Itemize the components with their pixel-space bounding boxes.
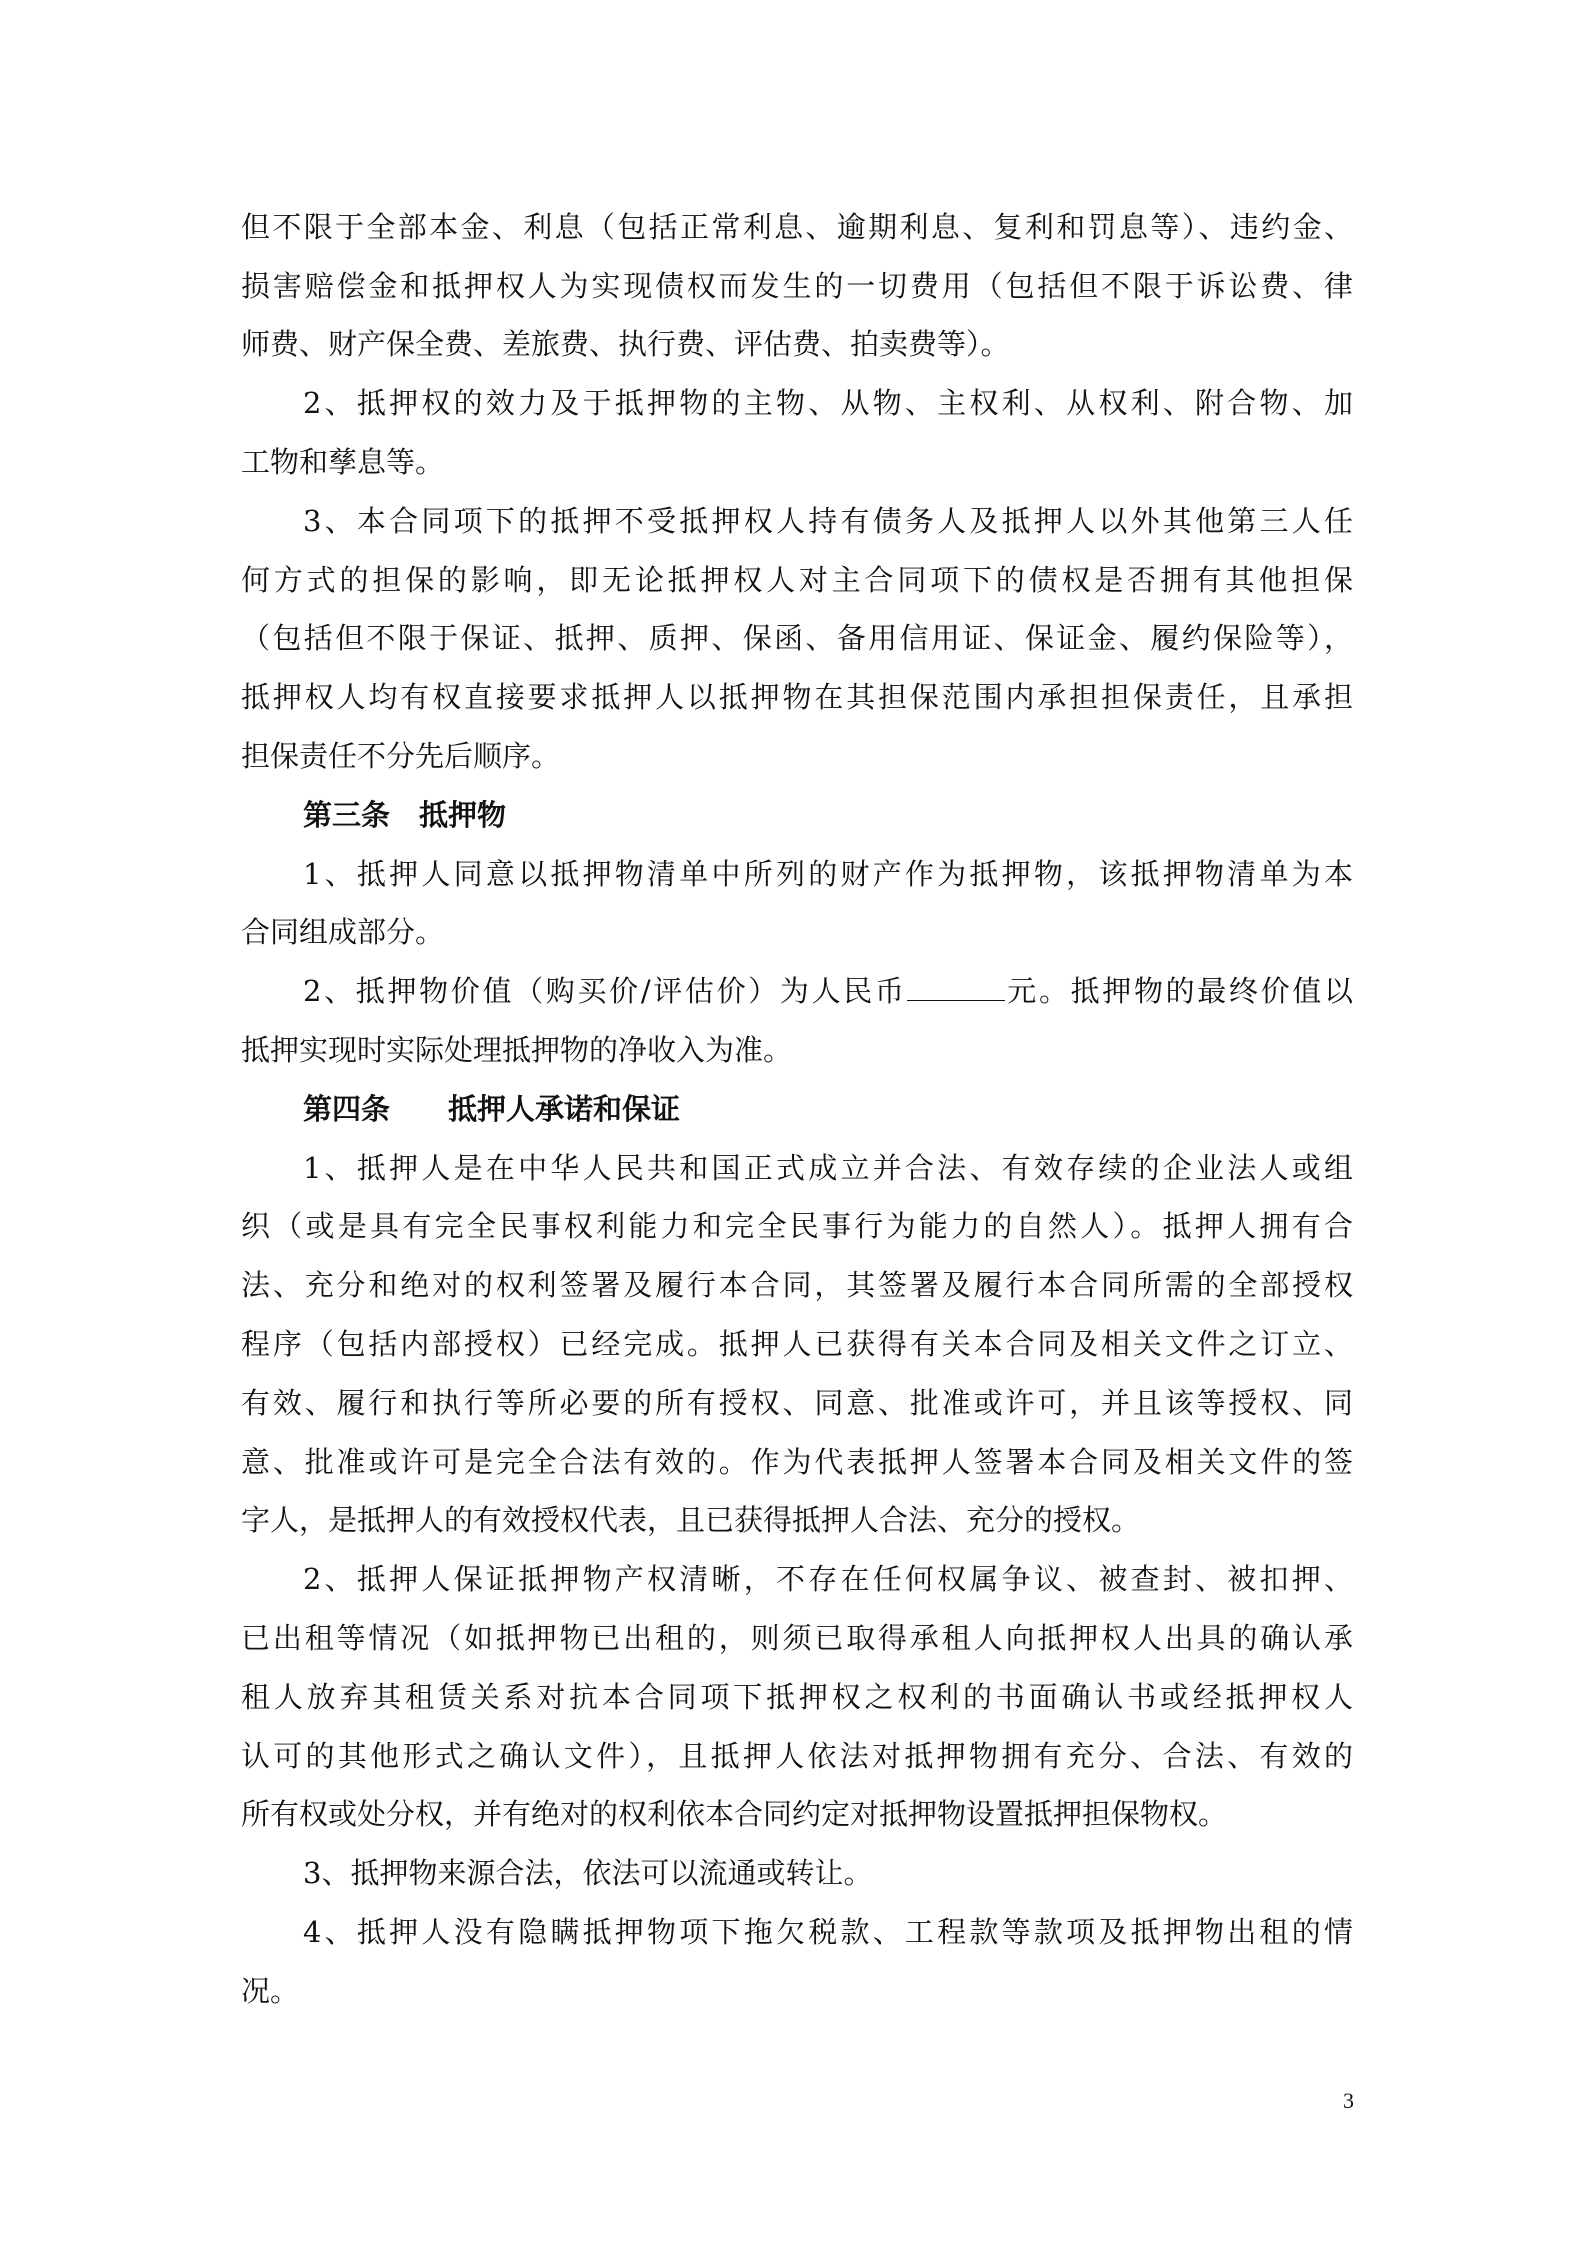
article-3-heading: 第三条 抵押物	[303, 795, 1353, 835]
text-line: 担保责任不分先后顺序。	[241, 736, 1353, 776]
text-line: 抵押实现时实际处理抵押物的净收入为准。	[241, 1030, 1353, 1070]
clause-4-line: 4、抵押人没有隐瞒抵押物项下拖欠税款、工程款等款项及抵押物出租的情	[303, 1912, 1353, 1952]
clause-3-line: 3、抵押物来源合法，依法可以流通或转让。	[303, 1853, 1353, 1893]
amount-blank-field[interactable]	[907, 974, 1005, 1001]
text-line: 程序（包括内部授权）已经完成。抵押人已获得有关本合同及相关文件之订立、	[241, 1324, 1353, 1364]
text-line: 租人放弃其租赁关系对抗本合同项下抵押权之权利的书面确认书或经抵押权人	[241, 1677, 1353, 1717]
page-number: 3	[1330, 2086, 1354, 2116]
clause-2-line: 2、抵押权的效力及于抵押物的主物、从物、主权利、从权利、附合物、加	[303, 383, 1353, 423]
clause-3-line: 3、本合同项下的抵押不受抵押权人持有债务人及抵押人以外其他第三人任	[303, 501, 1353, 541]
text-line: 已出租等情况（如抵押物已出租的，则须已取得承租人向抵押权人出具的确认承	[241, 1618, 1353, 1658]
text-line: 何方式的担保的影响，即无论抵押权人对主合同项下的债权是否拥有其他担保	[241, 560, 1353, 600]
text-line: 认可的其他形式之确认文件），且抵押人依法对抵押物拥有充分、合法、有效的	[241, 1736, 1353, 1776]
text-line: 合同组成部分。	[241, 912, 1353, 952]
text-line: 师费、财产保全费、差旅费、执行费、评估费、拍卖费等）。	[241, 324, 1353, 364]
text-line: 字人，是抵押人的有效授权代表，且已获得抵押人合法、充分的授权。	[241, 1500, 1353, 1540]
clause-2-line: 2、抵押人保证抵押物产权清晰，不存在任何权属争议、被查封、被扣押、	[303, 1559, 1353, 1599]
text-line: 有效、履行和执行等所必要的所有授权、同意、批准或许可，并且该等授权、同	[241, 1383, 1353, 1423]
text-after-blank: 元。抵押物的最终价值以	[1005, 974, 1353, 1008]
text-line: 意、批准或许可是完全合法有效的。作为代表抵押人签署本合同及相关文件的签	[241, 1442, 1353, 1482]
clause-1-line: 1、抵押人同意以抵押物清单中所列的财产作为抵押物，该抵押物清单为本	[303, 854, 1353, 894]
text-line: 抵押权人均有权直接要求抵押人以抵押物在其担保范围内承担担保责任，且承担	[241, 677, 1353, 717]
text-line: 所有权或处分权，并有绝对的权利依本合同约定对抵押物设置抵押担保物权。	[241, 1794, 1353, 1834]
clause-1-line: 1、抵押人是在中华人民共和国正式成立并合法、有效存续的企业法人或组	[303, 1148, 1353, 1188]
clause-2-value-line: 2、抵押物价值（购买价/评估价）为人民币元。抵押物的最终价值以	[303, 971, 1353, 1011]
text-line: （包括但不限于保证、抵押、质押、保函、备用信用证、保证金、履约保险等），	[241, 618, 1353, 658]
document-page: 但不限于全部本金、利息（包括正常利息、逾期利息、复利和罚息等）、违约金、 损害赔…	[0, 0, 1587, 2245]
text-before-blank: 2、抵押物价值（购买价/评估价）为人民币	[303, 974, 907, 1008]
text-line: 况。	[241, 1971, 1353, 2011]
text-line: 工物和孳息等。	[241, 442, 1353, 482]
text-line: 损害赔偿金和抵押权人为实现债权而发生的一切费用（包括但不限于诉讼费、律	[241, 266, 1353, 306]
article-4-heading: 第四条 抵押人承诺和保证	[303, 1089, 1353, 1129]
text-line: 织（或是具有完全民事权利能力和完全民事行为能力的自然人）。抵押人拥有合	[241, 1206, 1353, 1246]
text-line: 但不限于全部本金、利息（包括正常利息、逾期利息、复利和罚息等）、违约金、	[241, 207, 1353, 247]
text-line: 法、充分和绝对的权利签署及履行本合同，其签署及履行本合同所需的全部授权	[241, 1265, 1353, 1305]
